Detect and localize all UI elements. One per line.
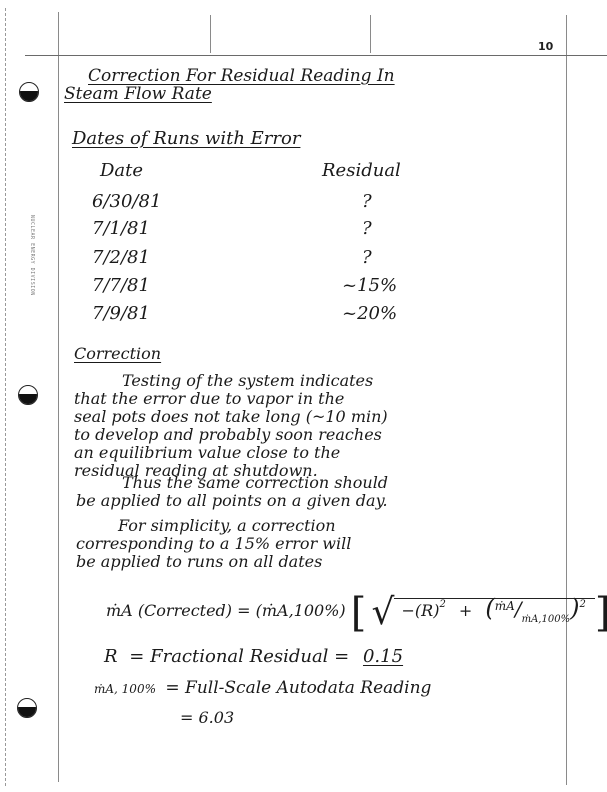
m-description: = Full-Scale Autodata Reading bbox=[161, 678, 431, 698]
column-header-residual: Residual bbox=[322, 160, 401, 181]
table-row-date: 6/30/81 bbox=[92, 191, 161, 212]
left-margin-line bbox=[5, 8, 6, 788]
paragraph-line: be applied to runs on all dates bbox=[76, 553, 556, 571]
definition-r: R = Fractional Residual = 0.15 bbox=[104, 646, 403, 667]
definition-m: ṁA, 100% = Full-Scale Autodata Reading bbox=[94, 678, 431, 698]
exponent: 2 bbox=[439, 599, 445, 610]
m-symbol: ṁA, 100% bbox=[94, 682, 156, 696]
r-value: 0.15 bbox=[355, 646, 403, 667]
table-row-residual: ? bbox=[362, 218, 372, 239]
equation-factor: (ṁA,100%) bbox=[256, 601, 346, 620]
open-paren: ( bbox=[485, 594, 494, 622]
table-row-residual: ~20% bbox=[342, 303, 397, 324]
header-divider-2 bbox=[370, 15, 371, 53]
radicand: −(R)2 + (ṁA/ṁA,100%)2 bbox=[394, 598, 595, 620]
paragraph-same-correction: Thus the same correction should be appli… bbox=[76, 474, 556, 510]
left-bracket: [ bbox=[351, 590, 367, 636]
table-row-date: 7/9/81 bbox=[92, 303, 150, 324]
binder-hole-icon bbox=[19, 82, 39, 102]
table-row-residual: ? bbox=[362, 191, 372, 212]
equation-lhs: ṁA (Corrected) = bbox=[106, 601, 251, 620]
paragraph-line: be applied to all points on a given day. bbox=[76, 492, 556, 510]
table-row-date: 7/7/81 bbox=[92, 275, 150, 296]
table-row-date: 7/1/81 bbox=[92, 218, 150, 239]
header-rule bbox=[25, 55, 607, 56]
sqrt-icon: √ bbox=[371, 592, 394, 633]
paragraph-line: that the error due to vapor in the bbox=[74, 390, 554, 408]
paragraph-testing: Testing of the system indicates that the… bbox=[74, 372, 554, 480]
paragraph-simplicity: For simplicity, a correction correspondi… bbox=[76, 517, 556, 571]
table-row-residual: ~15% bbox=[342, 275, 397, 296]
table-row-residual: ? bbox=[362, 247, 372, 268]
ratio-numerator: ṁA bbox=[495, 599, 515, 613]
correction-equation: ṁA (Corrected) = (ṁA,100%) [ √ −(R)2 + (… bbox=[106, 590, 607, 636]
r-symbol: R bbox=[104, 646, 118, 667]
heading-line-2: Steam Flow Rate bbox=[64, 84, 212, 104]
header-divider-1 bbox=[210, 15, 211, 53]
binding-line bbox=[58, 12, 59, 782]
r-description: = Fractional Residual = bbox=[123, 646, 349, 667]
heading-line-1: Correction For Residual Reading In bbox=[88, 66, 395, 86]
runs-section-title: Dates of Runs with Error bbox=[72, 128, 300, 149]
binder-hole-icon bbox=[17, 698, 37, 718]
m-value: = 6.03 bbox=[180, 708, 234, 727]
right-bracket: ] bbox=[595, 590, 607, 636]
table-row-date: 7/2/81 bbox=[92, 247, 150, 268]
binder-hole-icon bbox=[18, 385, 38, 405]
margin-stamp: NUCLEAR ENERGY DIVISION bbox=[18, 215, 34, 330]
paragraph-line: an equilibrium value close to the bbox=[74, 444, 554, 462]
ratio-slash: / bbox=[515, 597, 522, 621]
paragraph-line: For simplicity, a correction bbox=[76, 517, 556, 535]
correction-section-title: Correction bbox=[74, 344, 161, 363]
page-number: 10 bbox=[538, 40, 553, 53]
exponent: 2 bbox=[579, 599, 585, 610]
right-margin-line bbox=[566, 15, 567, 785]
term-r: −(R) bbox=[402, 601, 440, 620]
paragraph-line: to develop and probably soon reaches bbox=[74, 426, 554, 444]
paragraph-line: seal pots does not take long (~10 min) bbox=[74, 408, 554, 426]
column-header-date: Date bbox=[100, 160, 143, 181]
paragraph-line: Thus the same correction should bbox=[76, 474, 556, 492]
paragraph-line: corresponding to a 15% error will bbox=[76, 535, 556, 553]
ratio-denominator: ṁA,100% bbox=[522, 614, 570, 625]
plus-sign: + bbox=[451, 601, 480, 620]
paragraph-line: Testing of the system indicates bbox=[74, 372, 554, 390]
